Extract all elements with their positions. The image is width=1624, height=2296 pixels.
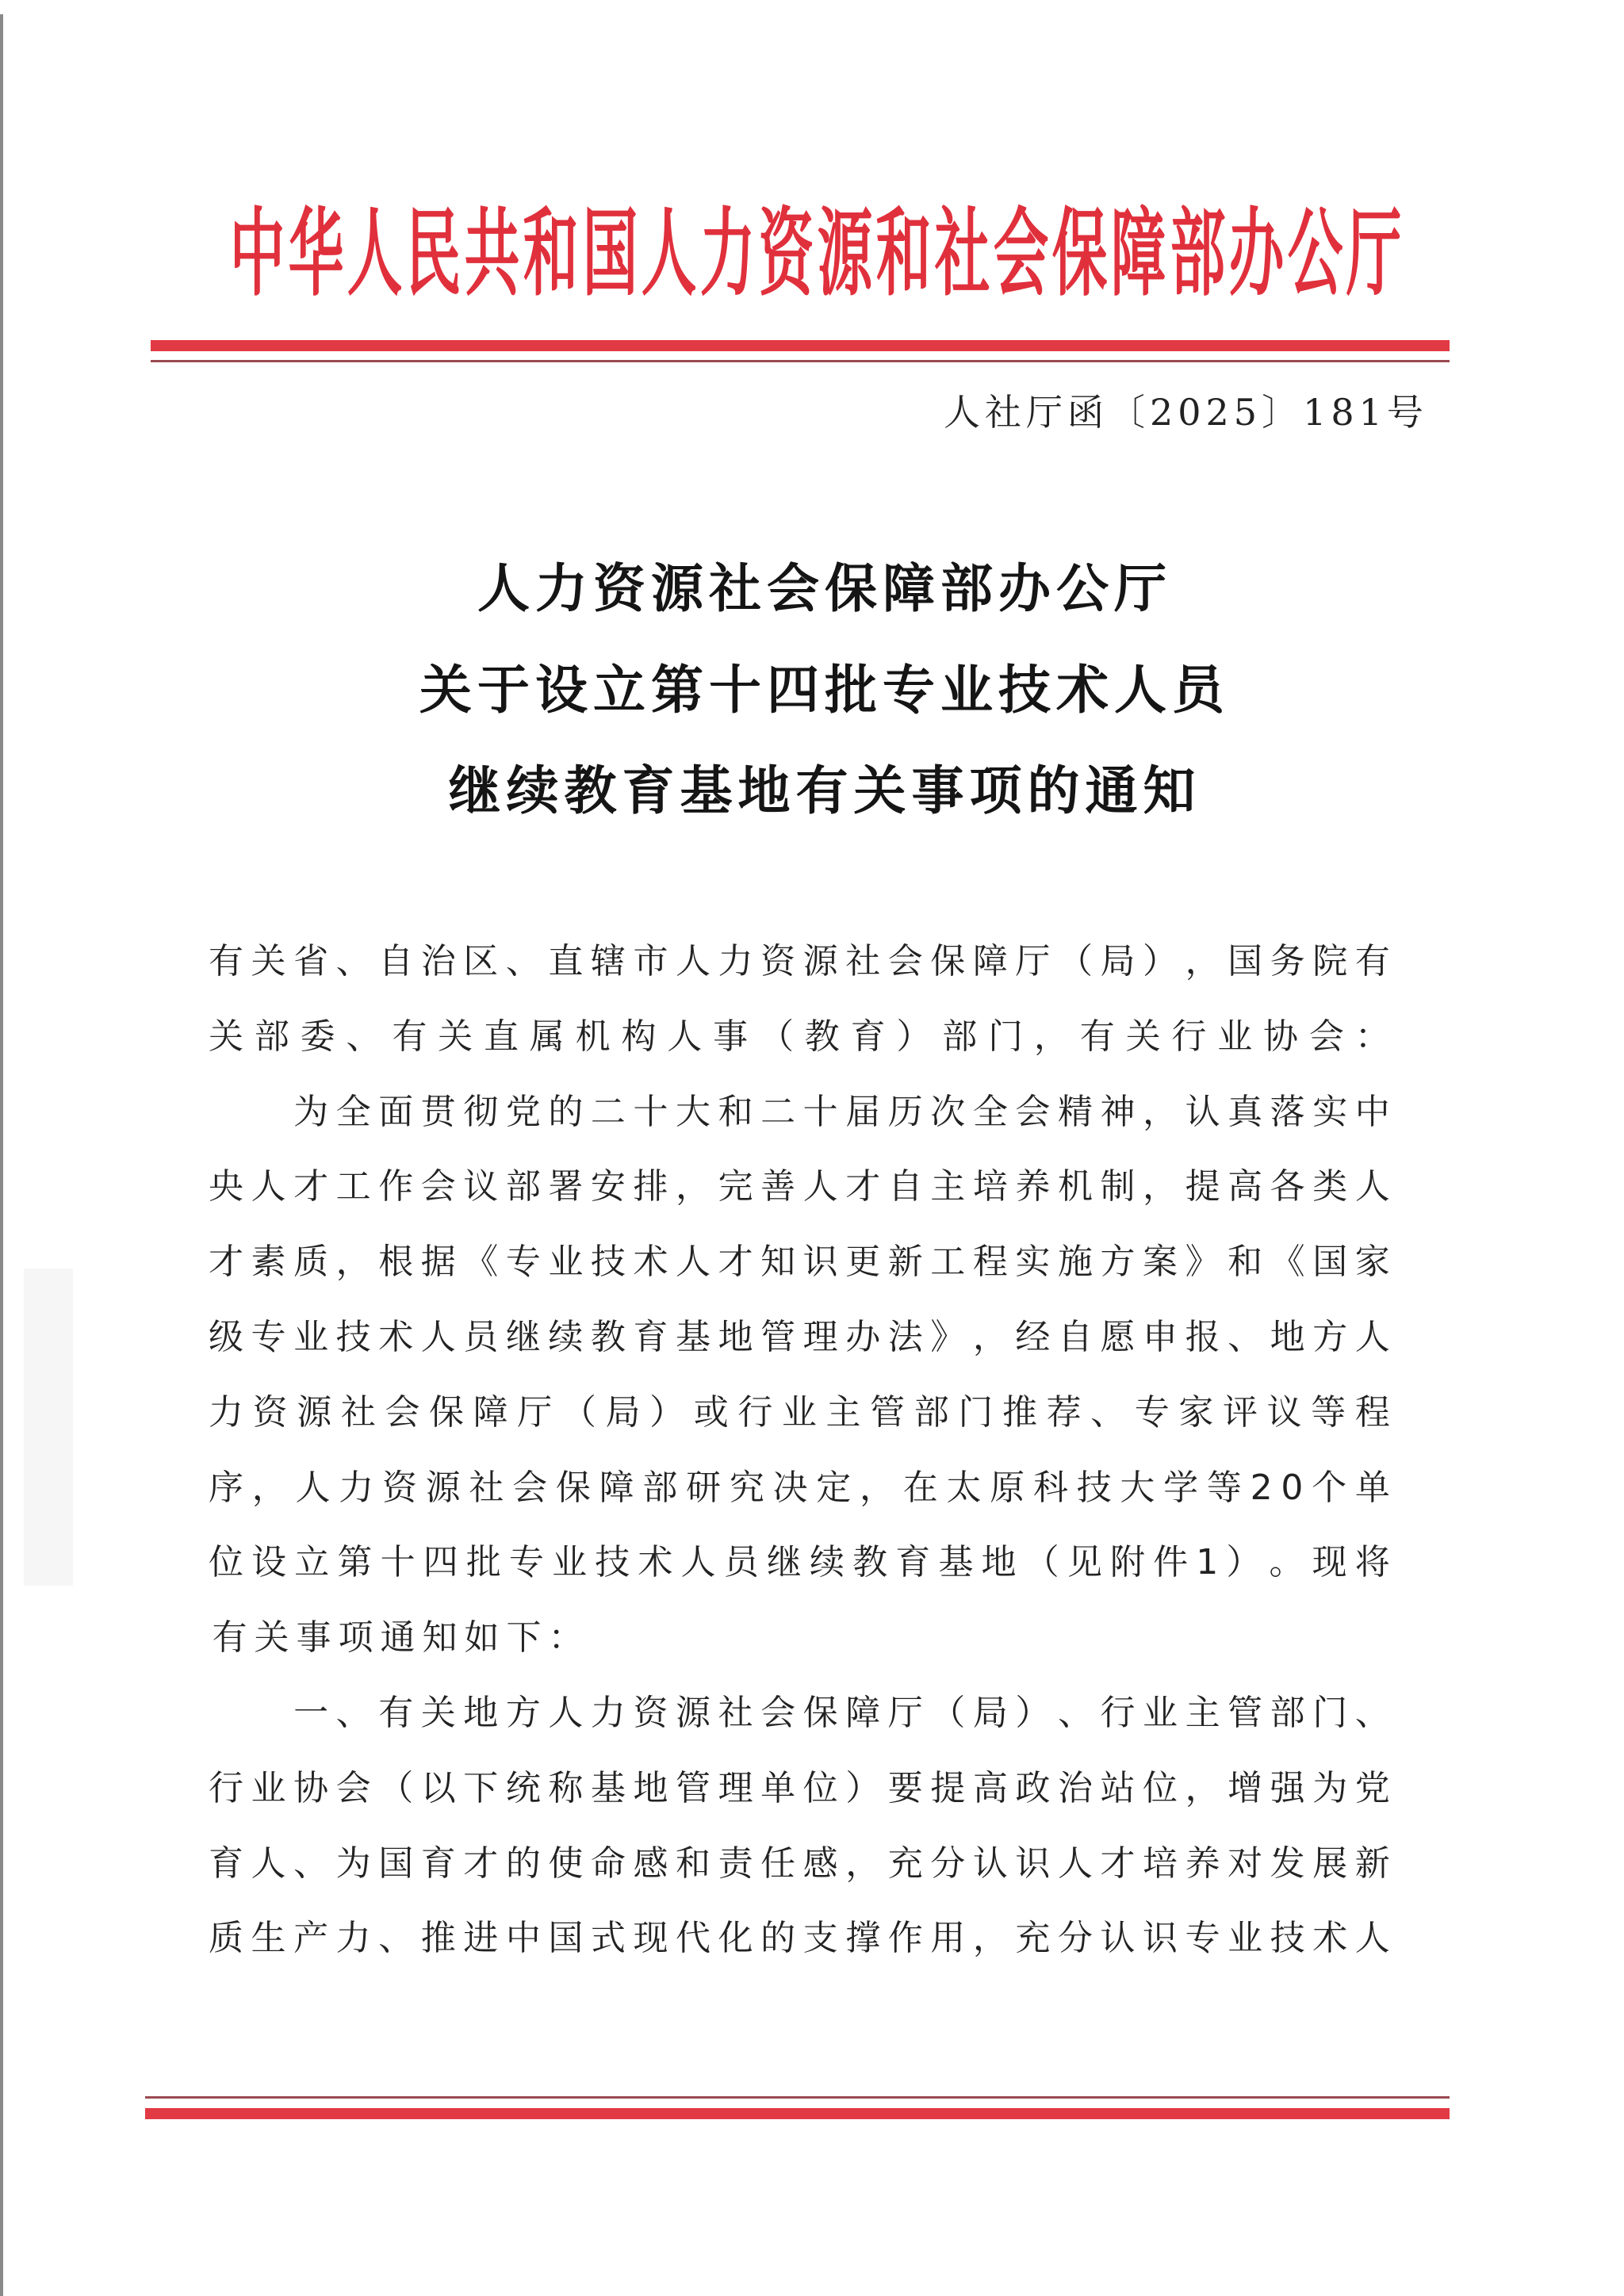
- letterhead-char: 和: [523, 198, 556, 309]
- body-line: 序，人力资源社会保障部研究决定，在太原科技大学等20个单: [209, 1464, 1390, 1512]
- letterhead-char: 人: [347, 198, 380, 309]
- letterhead-char: 办: [1228, 198, 1261, 309]
- body-line: 才素质，根据《专业技术人才知识更新工程实施方案》和《国家: [209, 1238, 1390, 1286]
- letterhead-char: 厅: [1346, 198, 1378, 309]
- letterhead-char: 中: [230, 198, 262, 309]
- letterhead-char: 资: [759, 198, 791, 309]
- body-line: 质生产力、推进中国式现代化的支撑作用，充分认识专业技术人: [209, 1915, 1390, 1962]
- header-thin-rule: [151, 360, 1450, 362]
- letterhead-char: 源: [818, 198, 850, 309]
- document-title-line-3: 继续教育基地有关事项的通知: [0, 759, 1624, 822]
- letterhead-char: 会: [994, 198, 1026, 309]
- letterhead-char: 共: [465, 198, 497, 309]
- body-line: 一、有关地方人力资源社会保障厅（局）、行业主管部门、: [209, 1689, 1390, 1737]
- letterhead-char: 民: [406, 198, 439, 309]
- document-title-line-2: 关于设立第十四批专业技术人员: [0, 658, 1624, 721]
- letterhead-title: 中华人民共和国人力资源和社会保障部办公厅: [218, 198, 1390, 309]
- letterhead-char: 国: [582, 198, 615, 309]
- body-line: 有关省、自治区、直辖市人力资源社会保障厅（局），国务院有: [209, 938, 1390, 985]
- footer-thick-rule: [145, 2108, 1450, 2119]
- body-line: 有关事项通知如下：: [209, 1614, 1390, 1662]
- letterhead-char: 障: [1111, 198, 1143, 309]
- body-line: 级专业技术人员继续教育基地管理办法》，经自愿申报、地方人: [209, 1314, 1390, 1361]
- body-line: 力资源社会保障厅（局）或行业主管部门推荐、专家评议等程: [209, 1389, 1390, 1437]
- body-line: 位设立第十四批专业技术人员继续教育基地（见附件1）。现将: [209, 1539, 1390, 1586]
- letterhead-char: 华: [289, 198, 321, 309]
- header-thick-rule: [151, 340, 1450, 351]
- body-line: 育人、为国育才的使命感和责任感，充分认识人才培养对发展新: [209, 1840, 1390, 1888]
- scan-shadow: [24, 1269, 73, 1586]
- letterhead-char: 和: [876, 198, 909, 309]
- letterhead-char: 社: [935, 198, 967, 309]
- letterhead-char: 保: [1052, 198, 1085, 309]
- document-number: 人社厅函〔2025〕181号: [944, 388, 1428, 436]
- footer-thin-rule: [145, 2096, 1450, 2099]
- letterhead-char: 力: [699, 198, 732, 309]
- letterhead-char: 人: [641, 198, 673, 309]
- letterhead-char: 部: [1170, 198, 1202, 309]
- scan-edge: [0, 14, 3, 2296]
- body-line: 为全面贯彻党的二十大和二十届历次全会精神，认真落实中: [209, 1089, 1390, 1136]
- body-line: 行业协会（以下统称基地管理单位）要提高政治站位，增强为党: [209, 1765, 1390, 1812]
- document-title-line-1: 人力资源社会保障部办公厅: [0, 557, 1624, 620]
- body-line: 央人才工作会议部署安排，完善人才自主培养机制，提高各类人: [209, 1163, 1390, 1211]
- letterhead-char: 公: [1287, 198, 1319, 309]
- body-line: 关部委、有关直属机构人事（教育）部门，有关行业协会：: [209, 1013, 1390, 1061]
